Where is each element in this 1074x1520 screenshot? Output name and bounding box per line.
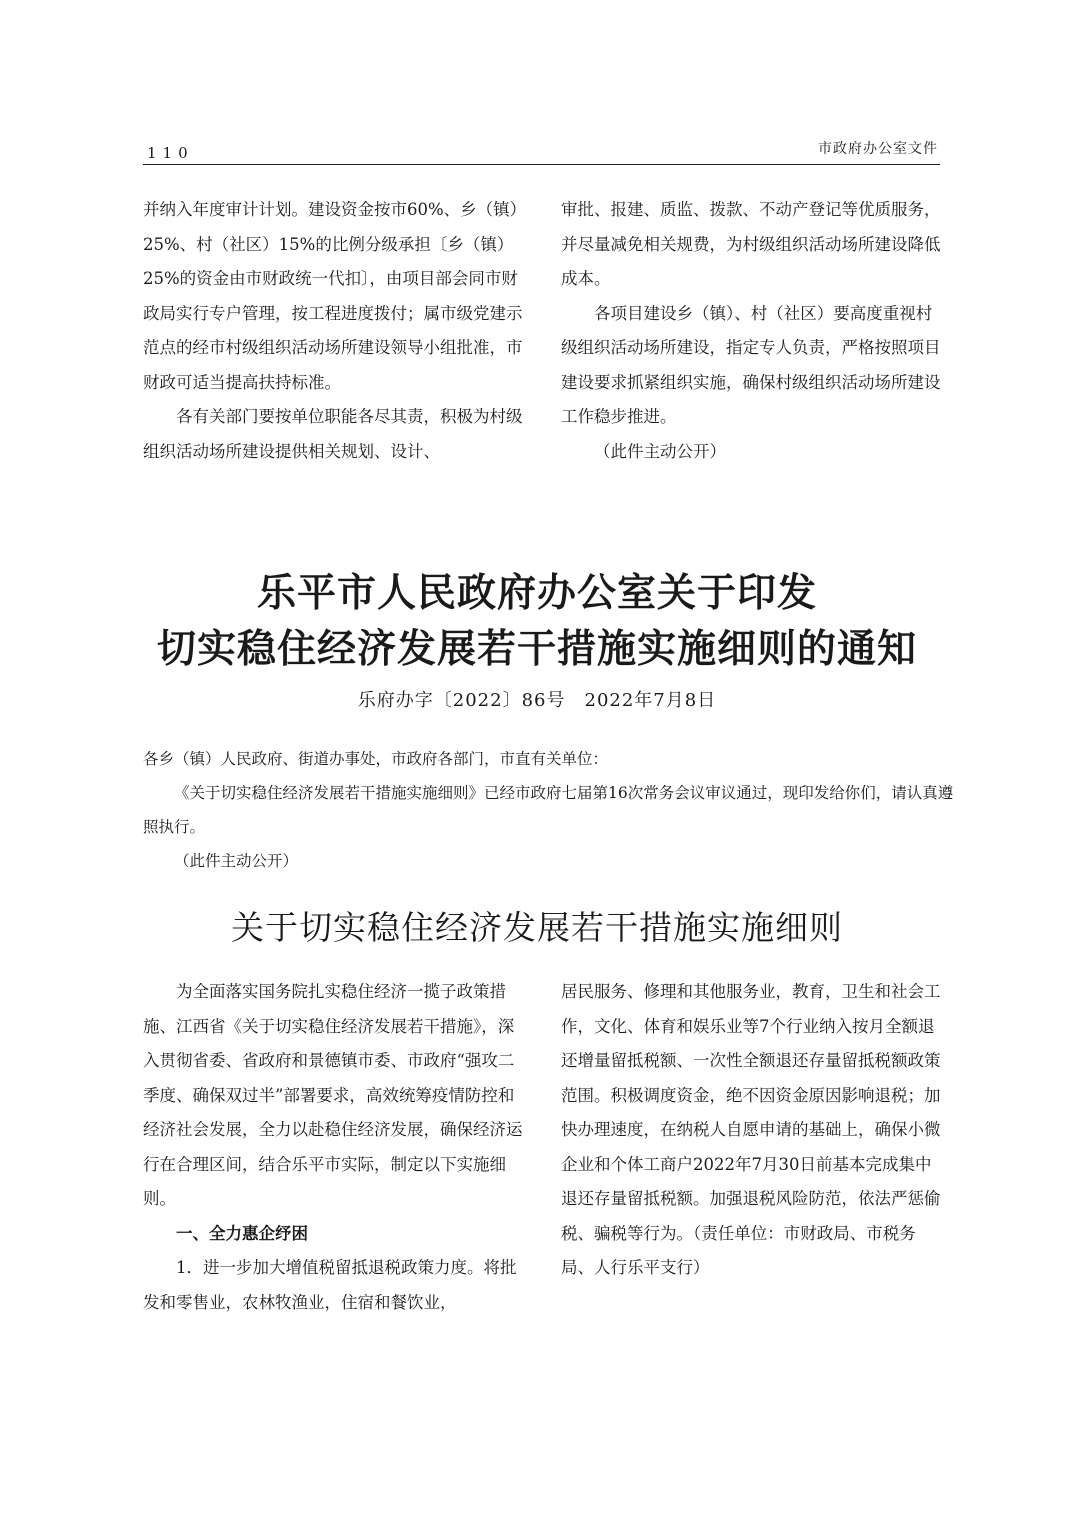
document-label: 市政府办公室文件 [818,138,938,158]
notice-title-line-2: 切实稳住经济发展若干措施实施细则的通知 [0,618,1074,674]
page-number: 110 [147,144,194,162]
notice-text: 《关于切实稳住经济发展若干措施实施细则》已经市政府七届第16次常务会议审议通过，… [143,776,958,844]
item-paragraph-continued: 居民服务、修理和其他服务业，教育，卫生和社会工作，文化、体育和娱乐业等7个行业纳… [561,975,946,1286]
addressee: 各乡（镇）人民政府、街道办事处，市政府各部门，市直有关单位： [143,742,958,776]
disclosure-note: （此件主动公开） [143,844,958,878]
paragraph: 并纳入年度审计计划。建设资金按市60%、乡（镇）25%、村（社区）15%的比例分… [143,193,528,400]
previous-article-left-column: 并纳入年度审计计划。建设资金按市60%、乡（镇）25%、村（社区）15%的比例分… [143,193,528,469]
notice-title-line-1: 乐平市人民政府办公室关于印发 [0,562,1074,618]
disclosure-note: （此件主动公开） [561,435,946,470]
item-paragraph: 1．进一步加大增值税留抵退税政策力度。将批发和零售业，农林牧渔业，住宿和餐饮业， [143,1251,528,1320]
paragraph: 各项目建设乡（镇）、村（社区）要高度重视村级组织活动场所建设，指定专人负责，严格… [561,297,946,435]
previous-article-right-column: 审批、报建、质监、拨款、不动产登记等优质服务，并尽量减免相关规费，为村级组织活动… [561,193,946,469]
rules-right-column: 居民服务、修理和其他服务业，教育，卫生和社会工作，文化、体育和娱乐业等7个行业纳… [561,975,946,1286]
rules-left-column: 为全面落实国务院扎实稳住经济一揽子政策措施、江西省《关于切实稳住经济发展若干措施… [143,975,528,1320]
paragraph: 审批、报建、质监、拨款、不动产登记等优质服务，并尽量减免相关规费，为村级组织活动… [561,193,946,297]
paragraph: 各有关部门要按单位职能各尽其责，积极为村级组织活动场所建设提供相关规划、设计、 [143,400,528,469]
page-header: 110 市政府办公室文件 [143,136,940,165]
document-number: 乐府办字〔2022〕86号 2022年7月8日 [0,686,1074,712]
rules-title: 关于切实稳住经济发展若干措施实施细则 [0,902,1074,949]
intro-paragraph: 为全面落实国务院扎实稳住经济一揽子政策措施、江西省《关于切实稳住经济发展若干措施… [143,975,528,1217]
section-heading: 一、全力惠企纾困 [143,1217,528,1252]
notice-body: 各乡（镇）人民政府、街道办事处，市政府各部门，市直有关单位： 《关于切实稳住经济… [143,742,958,878]
